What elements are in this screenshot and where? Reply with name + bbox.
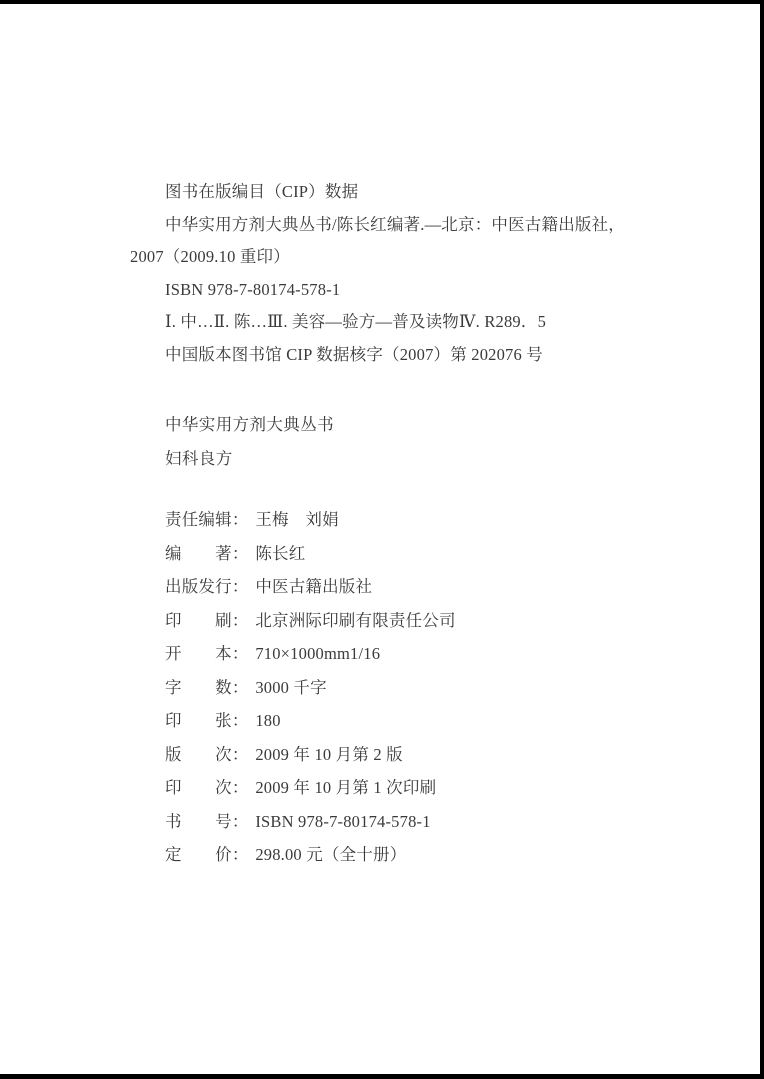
pub-row-sheets: 印 张：180: [165, 704, 456, 738]
pub-label: 开 本: [165, 637, 232, 671]
pub-colon: ：: [232, 771, 249, 805]
cip-classification: Ⅰ. 中…Ⅱ. 陈…Ⅲ. 美容—验方—普及读物Ⅳ. R289．5: [130, 306, 660, 339]
pub-value: 2009 年 10 月第 1 次印刷: [255, 771, 436, 805]
pub-value: 中医古籍出版社: [255, 570, 372, 604]
pub-value: 北京洲际印刷有限责任公司: [255, 604, 455, 638]
pub-label: 印 张: [165, 704, 232, 738]
pub-value: 180: [255, 704, 280, 738]
pub-value: ISBN 978-7-80174-578-1: [255, 805, 430, 839]
pub-label: 出版发行: [165, 570, 232, 604]
copyright-page: 图书在版编目（CIP）数据 中华实用方剂大典丛书/陈长红编著.—北京：中医古籍出…: [0, 0, 764, 1079]
pub-value: 王梅 刘娟: [255, 503, 339, 537]
series-title: 中华实用方剂大典丛书: [165, 408, 334, 442]
pub-value: 710×1000mm1/16: [255, 637, 380, 671]
pub-row-edition: 版 次：2009 年 10 月第 2 版: [165, 738, 456, 772]
pub-label: 版 次: [165, 738, 232, 772]
pub-colon: ：: [232, 503, 249, 537]
pub-row-isbn: 书 号：ISBN 978-7-80174-578-1: [165, 805, 456, 839]
pub-label: 书 号: [165, 805, 232, 839]
pub-label: 字 数: [165, 671, 232, 705]
pub-colon: ：: [232, 738, 249, 772]
pub-colon: ：: [232, 805, 249, 839]
pub-row-author: 编 著：陈长红: [165, 537, 456, 571]
cip-data-block: 图书在版编目（CIP）数据 中华实用方剂大典丛书/陈长红编著.—北京：中医古籍出…: [130, 176, 660, 371]
pub-colon: ：: [232, 570, 249, 604]
pub-colon: ：: [232, 838, 249, 872]
scan-edge-top: [0, 0, 764, 4]
pub-value: 3000 千字: [255, 671, 327, 705]
pub-value: 陈长红: [255, 537, 305, 571]
pub-row-publisher: 出版发行：中医古籍出版社: [165, 570, 456, 604]
scan-edge-right: [760, 0, 764, 1079]
pub-colon: ：: [232, 704, 249, 738]
pub-row-printer: 印 刷：北京洲际印刷有限责任公司: [165, 604, 456, 638]
pub-row-printing: 印 次：2009 年 10 月第 1 次印刷: [165, 771, 456, 805]
book-title: 妇科良方: [165, 442, 334, 476]
pub-colon: ：: [232, 604, 249, 638]
pub-row-word-count: 字 数：3000 千字: [165, 671, 456, 705]
cip-isbn: ISBN 978-7-80174-578-1: [130, 274, 660, 307]
pub-label: 责任编辑: [165, 503, 232, 537]
title-block: 中华实用方剂大典丛书 妇科良方: [165, 408, 334, 476]
pub-label: 印 刷: [165, 604, 232, 638]
pub-value: 298.00 元（全十册）: [255, 838, 406, 872]
scan-edge-bottom: [0, 1074, 764, 1079]
cip-record-number: 中国版本图书馆 CIP 数据核字（2007）第 202076 号: [130, 339, 660, 372]
pub-label: 定 价: [165, 838, 232, 872]
pub-row-editor: 责任编辑：王梅 刘娟: [165, 503, 456, 537]
pub-label: 印 次: [165, 771, 232, 805]
pub-row-price: 定 价：298.00 元（全十册）: [165, 838, 456, 872]
cip-heading: 图书在版编目（CIP）数据: [130, 176, 660, 209]
pub-colon: ：: [232, 537, 249, 571]
pub-value: 2009 年 10 月第 2 版: [255, 738, 403, 772]
publication-info-list: 责任编辑：王梅 刘娟 编 著：陈长红 出版发行：中医古籍出版社 印 刷：北京洲际…: [165, 503, 456, 872]
cip-title-statement: 中华实用方剂大典丛书/陈长红编著.—北京：中医古籍出版社，: [130, 209, 660, 242]
pub-colon: ：: [232, 671, 249, 705]
pub-row-format: 开 本：710×1000mm1/16: [165, 637, 456, 671]
pub-colon: ：: [232, 637, 249, 671]
cip-title-statement-continued: 2007（2009.10 重印）: [130, 241, 660, 274]
pub-label: 编 著: [165, 537, 232, 571]
